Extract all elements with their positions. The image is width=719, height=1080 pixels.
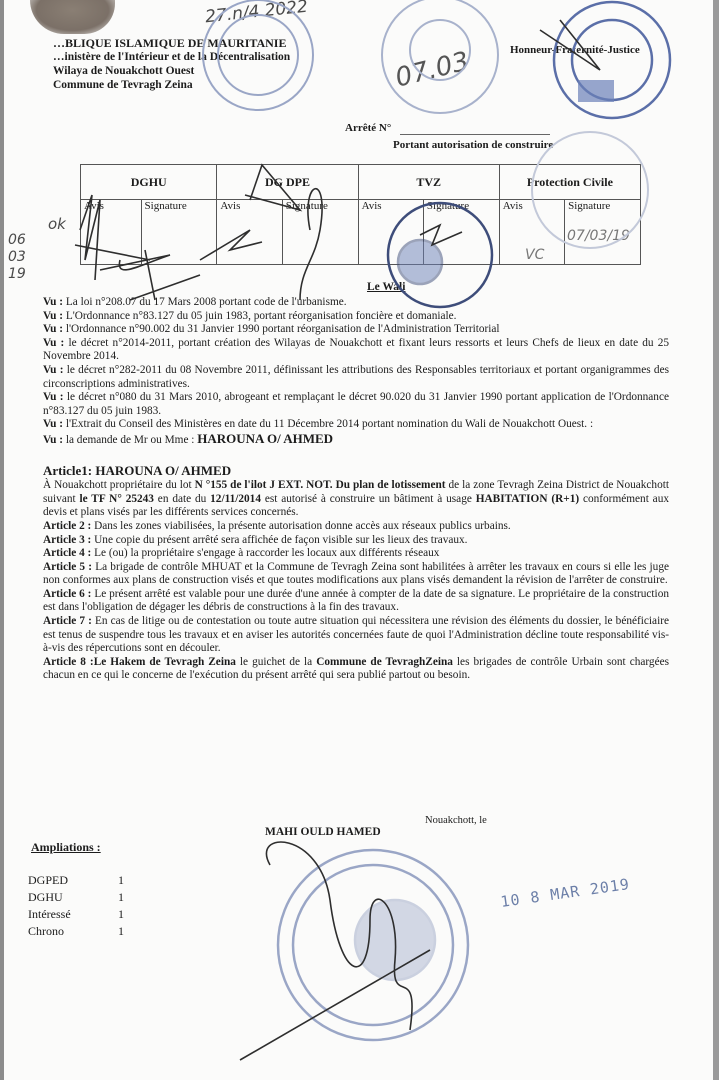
handwritten-pc-avis: VC — [525, 247, 544, 263]
vu-clause: Vu : L'Ordonnance n°83.127 du 05 juin 19… — [43, 310, 669, 324]
article: Article 7 : En cas de litige ou de conte… — [43, 615, 669, 656]
visa-col-dghu: DGHU — [81, 165, 217, 200]
thumb-smudge — [30, 0, 115, 34]
article-1-title: Article1: HAROUNA O/ AHMED — [43, 464, 669, 480]
vu-clause: Vu : le décret n°282-2011 du 08 Novembre… — [43, 364, 669, 391]
visa-signature-cell: Signature — [282, 200, 358, 265]
official-stamp-icon — [278, 850, 468, 1040]
article: Article 4 : Le (ou) la propriétaire s'en… — [43, 547, 669, 561]
applicant-name: HAROUNA O/ AHMED — [197, 431, 333, 446]
date-stamp: 10 8 MAR 2019 — [499, 875, 631, 911]
visa-col-tvz: TVZ — [358, 165, 499, 200]
article: Article 3 : Une copie du présent arrêté … — [43, 534, 669, 548]
document-subtitle: Portant autorisation de construire — [393, 139, 553, 151]
commune-name: Commune de Tevragh Zeina — [53, 78, 290, 92]
vu-clause: Vu : La loi n°208.07 du 17 Mars 2008 por… — [43, 296, 669, 310]
visa-avis-cell: Avis — [81, 200, 142, 265]
visa-signature-cell: Signature — [141, 200, 217, 265]
handwritten-pc-date: 07/03/19 — [567, 228, 630, 244]
ampliations-heading: Ampliations : — [31, 840, 101, 855]
arrete-number-label: Arrêté N° — [345, 122, 391, 134]
handwritten-margin-note: ok — [48, 215, 66, 233]
list-item: Chrono1 — [28, 923, 124, 940]
page-edge-left — [0, 0, 4, 1080]
document-body: Vu : La loi n°208.07 du 17 Mars 2008 por… — [43, 296, 669, 683]
visa-col-dgdpe: DG DPE — [217, 165, 358, 200]
page-edge-right — [713, 0, 719, 1080]
handwritten-top-date: 27.n/4 2022 — [204, 0, 309, 27]
visa-avis-cell: Avis — [358, 200, 423, 265]
article: Article 5 : La brigade de contrôle MHUAT… — [43, 561, 669, 588]
wilaya-name: Wilaya de Nouakchott Ouest — [53, 64, 290, 78]
official-stamp-icon — [554, 2, 670, 118]
list-item: DGPED1 — [28, 872, 124, 889]
arrete-number-blank — [400, 134, 550, 135]
list-item: DGHU1 — [28, 889, 124, 906]
vu-clause: Vu : le décret n°080 du 31 Mars 2010, ab… — [43, 391, 669, 418]
republic-name: …BLIQUE ISLAMIQUE DE MAURITANIE — [53, 36, 290, 50]
visa-avis-cell: Avis — [217, 200, 282, 265]
article-1-body: À Nouakchott propriétaire du lot N °155 … — [43, 479, 669, 520]
vu-clause: Vu : le décret n°2014-2011, portant créa… — [43, 337, 669, 364]
visa-col-protection-civile: Protection Civile — [499, 165, 640, 200]
place-date-line: Nouakchott, le — [425, 815, 487, 826]
visa-table: DGHU DG DPE TVZ Protection Civile Avis S… — [80, 164, 641, 265]
signatory-name: MAHI OULD HAMED — [265, 826, 381, 838]
handwritten-stamp-date: 07.03 — [392, 46, 471, 93]
letterhead: …BLIQUE ISLAMIQUE DE MAURITANIE …inistèr… — [53, 36, 290, 92]
visa-signature-cell: Signature — [423, 200, 499, 265]
vu-clause: Vu : l'Extrait du Conseil des Ministères… — [43, 418, 669, 432]
list-item: Intéressé1 — [28, 906, 124, 923]
article: Article 6 : Le présent arrêté est valabl… — [43, 588, 669, 615]
authority-heading: Le Wali — [367, 281, 405, 293]
national-motto: Honneur-Fraternité-Justice — [510, 44, 640, 56]
article: Article 2 : Dans les zones viabilisées, … — [43, 520, 669, 534]
ministry-name: …inistère de l'Intérieur et de la Décent… — [53, 50, 290, 64]
article-8: Article 8 :Le Hakem de Tevragh Zeina le … — [43, 656, 669, 683]
vu-clause: Vu : l'Ordonnance n°90.002 du 31 Janvier… — [43, 323, 669, 337]
handwritten-margin-date: 06 03 19 — [8, 232, 26, 283]
vu-demande: Vu : la demande de Mr ou Mme : HAROUNA O… — [43, 432, 669, 448]
ampliations-list: DGPED1 DGHU1 Intéressé1 Chrono1 — [28, 872, 124, 940]
